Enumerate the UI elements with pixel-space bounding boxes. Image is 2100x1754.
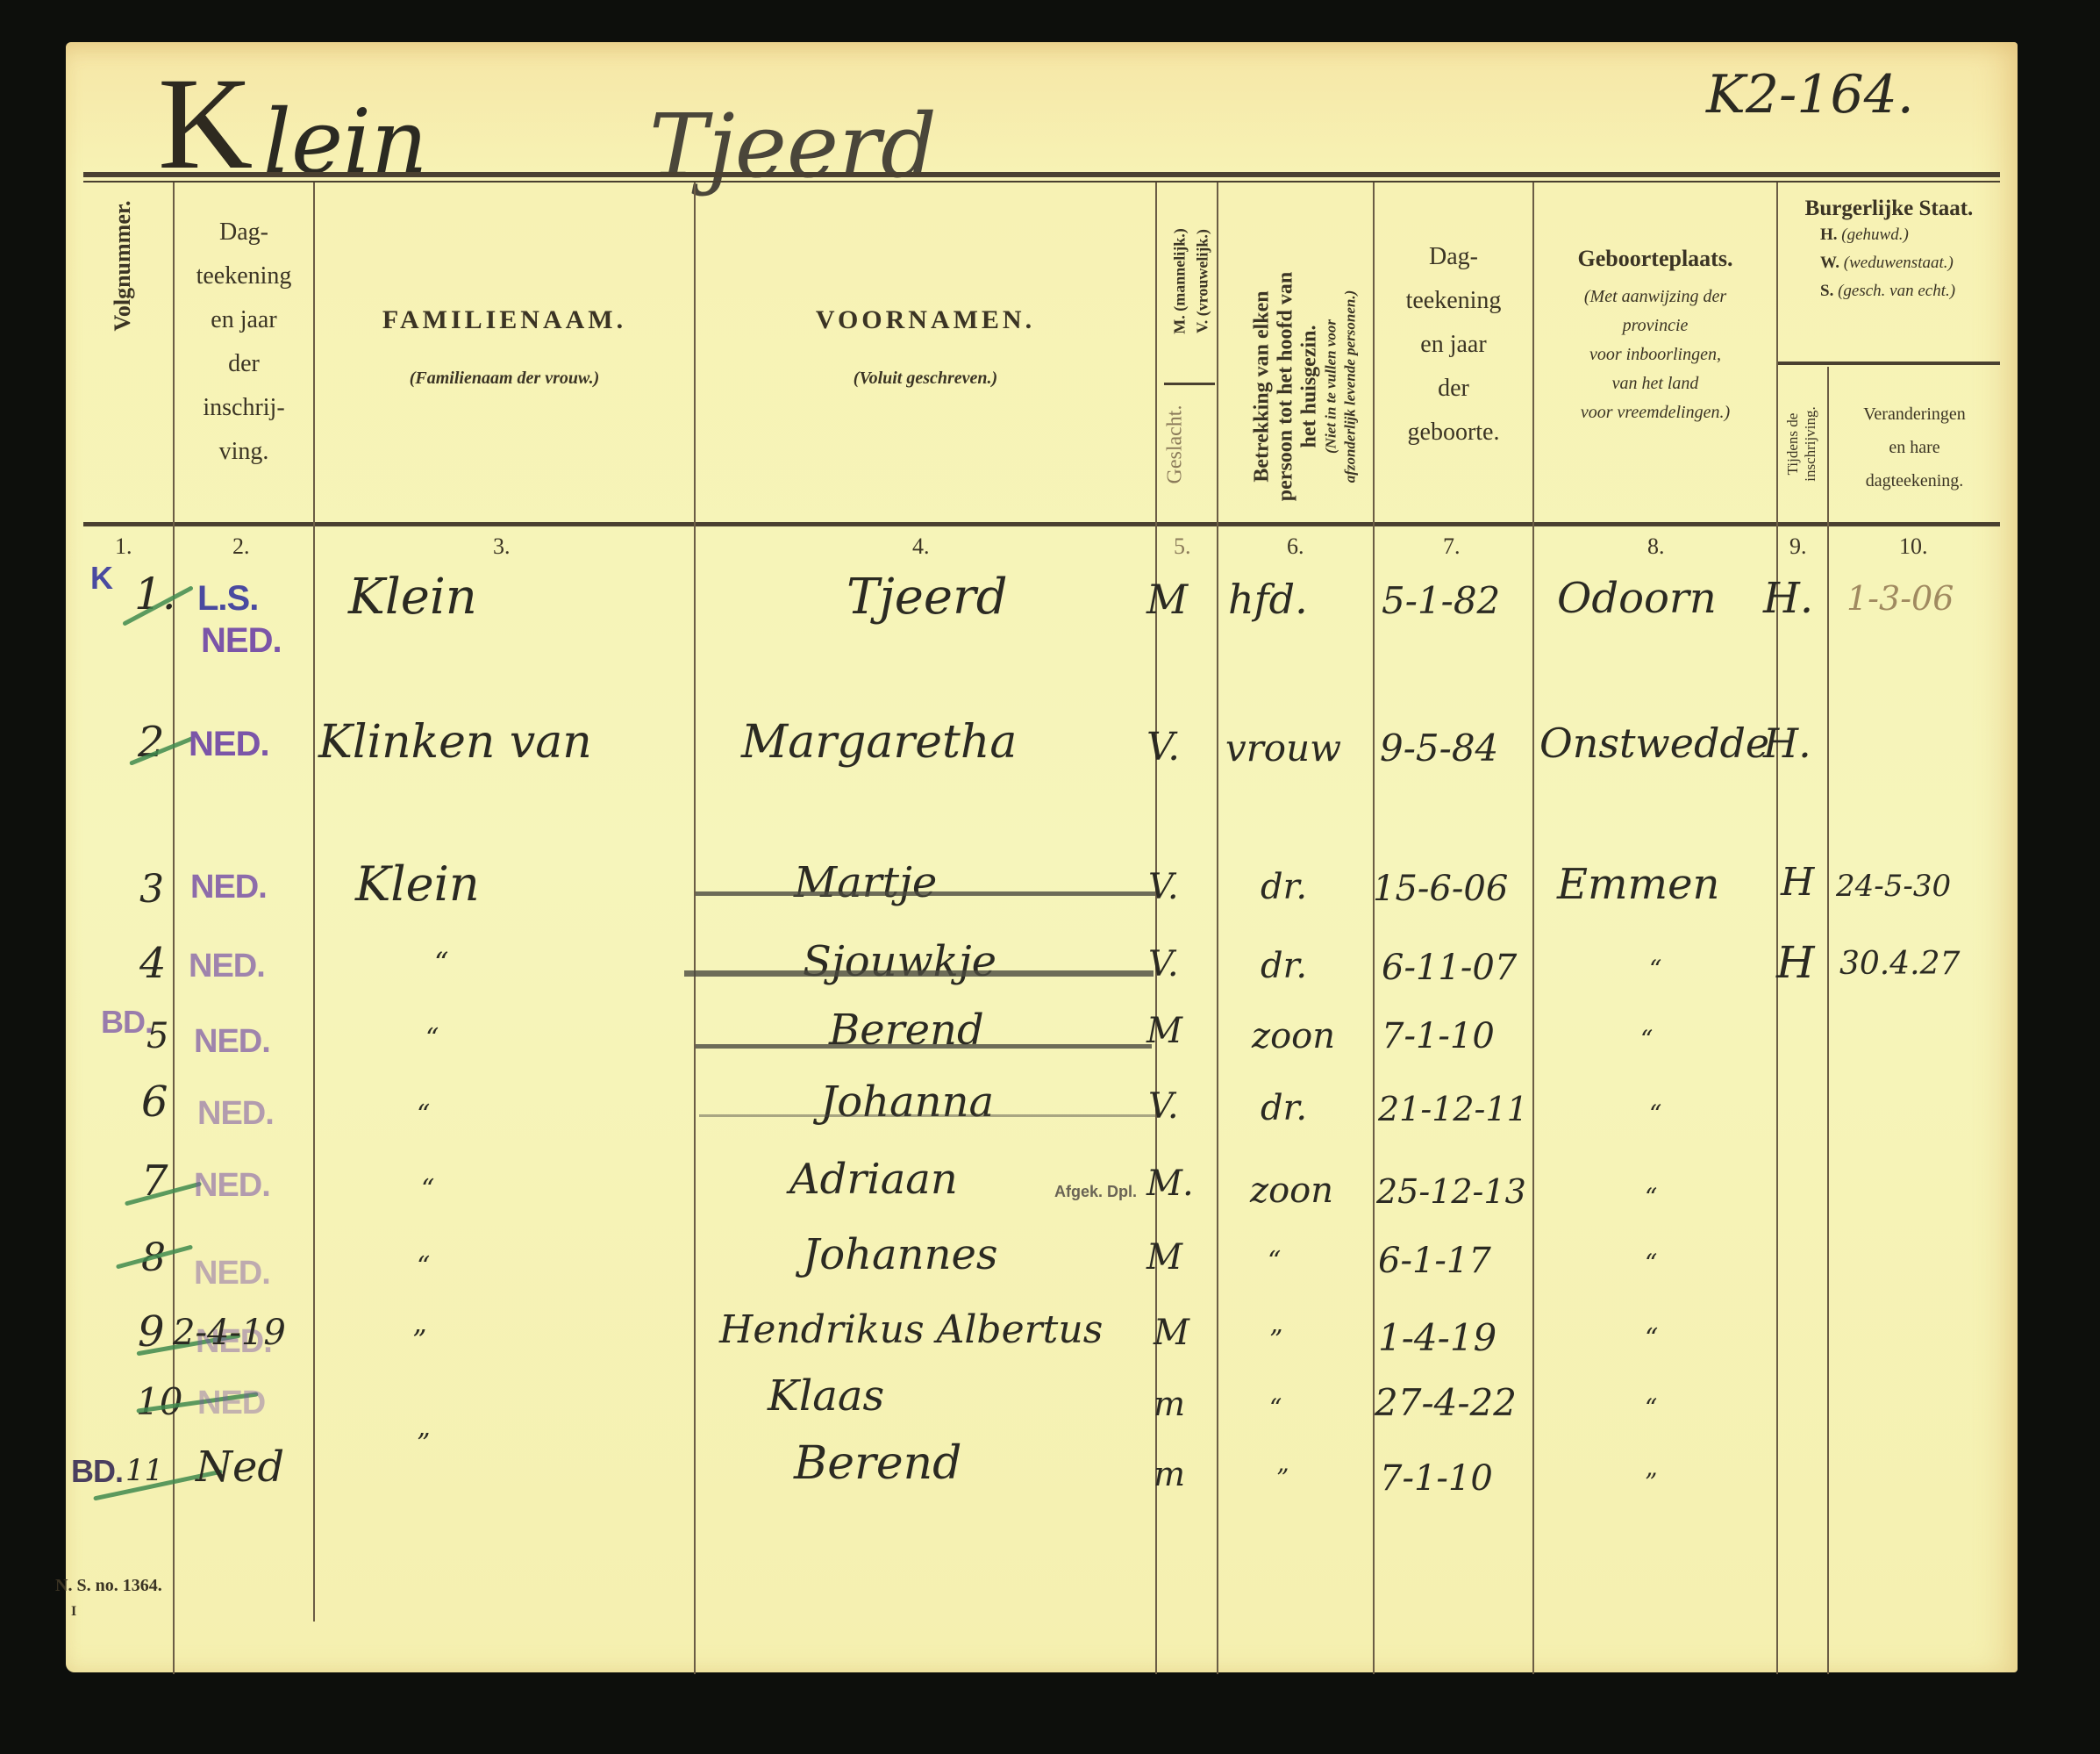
legend-vrouwelijk: V. (vrouwelijk.) bbox=[1194, 194, 1212, 369]
voornamen: Johanna bbox=[820, 1077, 994, 1127]
header-veranderingen: Veranderingen en hare dagteekening. bbox=[1829, 397, 2000, 498]
margin-stamp: BD. bbox=[101, 1004, 153, 1041]
geboorteplaats: “ bbox=[1645, 1249, 1657, 1278]
header-bottom-rule bbox=[83, 522, 2000, 526]
header-top-rule bbox=[83, 172, 2000, 177]
geboortedatum: 21-12-11 bbox=[1378, 1090, 1528, 1128]
geslacht: V. bbox=[1148, 867, 1179, 907]
geslacht: M. bbox=[1146, 1163, 1194, 1204]
col-divider-9 bbox=[1827, 367, 1829, 1674]
header-familienaam: FAMILIENAAM. (Familienaam der vrouw.) bbox=[315, 305, 694, 389]
row-number: 6 bbox=[141, 1077, 168, 1127]
col-divider-4 bbox=[1155, 183, 1157, 1674]
reference-number: K2-164. bbox=[1706, 64, 1914, 125]
inschrijving-stamp: NED bbox=[197, 1385, 265, 1422]
voornamen: Martje bbox=[794, 858, 937, 907]
voornamen: Hendrikus Albertus bbox=[719, 1307, 1103, 1352]
geslacht: M bbox=[1146, 576, 1188, 623]
geboortedatum: 25-12-13 bbox=[1376, 1172, 1526, 1211]
header-betrekking: Betrekking van elken persoon tot het hoo… bbox=[1251, 216, 1361, 558]
betrekking: zoon bbox=[1250, 1171, 1333, 1211]
voornamen: Berend bbox=[794, 1437, 961, 1490]
familienaam: Klein bbox=[348, 569, 477, 626]
veranderingen: 30.4.27 bbox=[1839, 946, 1960, 982]
familienaam: Klinken van bbox=[318, 716, 592, 769]
geboorteplaats: “ bbox=[1649, 1099, 1661, 1128]
margin-stamp: K bbox=[90, 560, 112, 597]
veranderingen: 24-5-30 bbox=[1836, 869, 1951, 904]
row-number: 3 bbox=[139, 867, 164, 912]
form-sub-number: I bbox=[71, 1604, 76, 1620]
inschrijving-stamp: NED. bbox=[194, 1167, 270, 1205]
burgerlijke-staat: H bbox=[1776, 937, 1815, 988]
betrekking: ” bbox=[1276, 1464, 1289, 1493]
header-geboorteplaats: Geboorteplaats. (Met aanwijzing der prov… bbox=[1534, 246, 1776, 427]
burgerlijke-staat: H. bbox=[1763, 719, 1811, 767]
inschrijving-stamp: L.S. bbox=[197, 579, 258, 619]
geboorteplaats: “ bbox=[1640, 1025, 1653, 1054]
geboortedatum: 7-1-10 bbox=[1380, 1458, 1493, 1499]
col-divider-8 bbox=[1776, 183, 1778, 1674]
geslacht: V. bbox=[1146, 725, 1180, 770]
inschrijving-stamp: NED. bbox=[194, 1023, 270, 1061]
familienaam: “ bbox=[417, 1099, 430, 1130]
header-dagteekening-geboorte: Dag- teekening en jaar der geboorte. bbox=[1375, 235, 1532, 455]
col-num-7: 7. bbox=[1443, 533, 1461, 560]
geboortedatum: 27-4-22 bbox=[1375, 1381, 1517, 1424]
legend-gehuwd: H. (gehuwd.) bbox=[1820, 221, 2000, 249]
geslacht: V. bbox=[1148, 1086, 1179, 1127]
betrekking: dr. bbox=[1261, 1088, 1307, 1128]
header-dagteekening-inschrijving: Dag- teekening en jaar der inschrij- vin… bbox=[175, 211, 313, 474]
geboorteplaats: “ bbox=[1645, 1393, 1657, 1422]
betrekking: “ bbox=[1268, 1246, 1281, 1277]
inschrijving-stamp: NED. bbox=[189, 725, 269, 764]
geslacht: M bbox=[1146, 1011, 1182, 1051]
betrekking: vrouw bbox=[1225, 727, 1341, 770]
geboorteplaats: Emmen bbox=[1557, 860, 1719, 909]
row-number: 5 bbox=[146, 1016, 168, 1056]
geboortedatum: 9-5-84 bbox=[1380, 727, 1498, 770]
surname-heading-handwritten: lein bbox=[263, 90, 428, 193]
surname-heading-printed: K bbox=[158, 58, 253, 190]
familienaam: “ bbox=[417, 1251, 430, 1282]
familienaam: Klein bbox=[355, 856, 480, 912]
betrekking: “ bbox=[1269, 1393, 1282, 1422]
col-num-10: 10. bbox=[1899, 533, 1928, 560]
voornamen: Klaas bbox=[768, 1371, 884, 1421]
col-divider-3 bbox=[694, 183, 696, 1674]
betrekking: dr. bbox=[1261, 946, 1307, 986]
geboorteplaats: ” bbox=[1645, 1468, 1657, 1497]
burgerlijke-staat-rule bbox=[1778, 362, 2000, 365]
col-num-2: 2. bbox=[232, 533, 250, 560]
header-volgnummer: Volgnummer. bbox=[110, 169, 136, 362]
geboorteplaats: “ bbox=[1645, 1323, 1658, 1354]
voornamen: Adriaan bbox=[789, 1155, 958, 1204]
col-num-6: 6. bbox=[1287, 533, 1304, 560]
familienaam: ” bbox=[412, 1323, 426, 1357]
geslacht: V. bbox=[1148, 944, 1179, 984]
geboorteplaats: Onstwedde bbox=[1539, 719, 1769, 767]
inschrijving-stamp: NED. bbox=[190, 869, 267, 906]
geboorteplaats: Odoorn bbox=[1557, 574, 1717, 623]
inschrijving-stamp: NED. bbox=[197, 1095, 274, 1133]
geboortedatum: 7-1-10 bbox=[1382, 1016, 1495, 1056]
voornamen: Johannes bbox=[803, 1230, 998, 1279]
familienaam: “ bbox=[421, 1174, 434, 1205]
geboortedatum: 6-1-17 bbox=[1378, 1241, 1491, 1281]
margin-stamp: BD. bbox=[71, 1453, 123, 1490]
legend-mannelijk: M. (mannelijk.) bbox=[1171, 194, 1189, 369]
col-num-4: 4. bbox=[912, 533, 930, 560]
col-num-1: 1. bbox=[115, 533, 132, 560]
inschrijving-stamp-2: NED. bbox=[201, 621, 282, 661]
inschrijving-stamp: NED. bbox=[189, 948, 265, 985]
geboortedatum: 5-1-82 bbox=[1382, 579, 1500, 622]
col-num-3: 3. bbox=[493, 533, 511, 560]
voornamen: Sjouwkje bbox=[803, 937, 996, 986]
veranderingen: 1-3-06 bbox=[1846, 579, 1954, 618]
geslacht: m bbox=[1154, 1385, 1185, 1423]
strike-through bbox=[696, 891, 1155, 896]
geboortedatum: 15-6-06 bbox=[1373, 869, 1508, 909]
col-divider-5 bbox=[1217, 183, 1218, 1674]
inschrijving-date: 2-4-19 bbox=[173, 1313, 286, 1353]
betrekking: ” bbox=[1269, 1325, 1282, 1356]
betrekking: zoon bbox=[1252, 1016, 1335, 1056]
geboorteplaats: “ bbox=[1649, 955, 1661, 984]
col-num-5: 5. bbox=[1174, 533, 1191, 560]
header-tijdens-inschrijving: Tijdens de inschrijving. bbox=[1784, 378, 1819, 510]
afgekeurd-stamp: Afgek. Dpl. bbox=[1054, 1183, 1137, 1201]
geslacht: M bbox=[1146, 1237, 1182, 1278]
geslacht: m bbox=[1154, 1455, 1185, 1493]
geboortedatum: 6-11-07 bbox=[1382, 948, 1517, 988]
legend-weduwenstaat: W. (weduwenstaat.) bbox=[1820, 249, 2000, 277]
geslacht: M bbox=[1154, 1313, 1189, 1353]
legend-gescheiden: S. (gesch. van echt.) bbox=[1820, 277, 2000, 305]
geboorteplaats: “ bbox=[1645, 1183, 1657, 1212]
row-number: 10 bbox=[136, 1380, 182, 1423]
betrekking: hfd. bbox=[1228, 576, 1308, 623]
header-burgerlijke-staat: Burgerlijke Staat. H. (gehuwd.) W. (wedu… bbox=[1778, 197, 2000, 305]
familienaam: “ bbox=[425, 1023, 439, 1054]
familienaam: “ bbox=[434, 946, 448, 979]
burgerlijke-staat: H. bbox=[1763, 574, 1813, 623]
header-top-rule-thin bbox=[83, 181, 2000, 183]
form-number: N. S. no. 1364. bbox=[55, 1576, 162, 1596]
betrekking: dr. bbox=[1261, 867, 1307, 907]
col-num-9: 9. bbox=[1789, 533, 1807, 560]
geboortedatum: 1-4-19 bbox=[1378, 1316, 1496, 1359]
inschrijving-stamp: NED. bbox=[194, 1255, 270, 1292]
inschrijving: Ned bbox=[196, 1443, 284, 1492]
strike-through bbox=[684, 970, 1154, 977]
col-divider-2 bbox=[313, 183, 315, 1622]
burgerlijke-staat: H bbox=[1781, 860, 1814, 905]
row-number: 4 bbox=[139, 939, 167, 988]
strike-through bbox=[699, 1114, 1155, 1117]
familienaam: ” bbox=[417, 1428, 430, 1459]
header-voornamen: VOORNAMEN. (Voluit geschreven.) bbox=[696, 305, 1155, 389]
col-num-8: 8. bbox=[1647, 533, 1665, 560]
voornamen: Tjeerd bbox=[846, 569, 1008, 626]
strike-through bbox=[696, 1044, 1152, 1049]
registration-card: K lein Tjeerd K2-164. Volgnummer. 1. Dag… bbox=[66, 42, 2018, 1672]
voornamen: Margaretha bbox=[741, 716, 1017, 769]
header-geslacht: Geslacht. bbox=[1164, 379, 1188, 511]
